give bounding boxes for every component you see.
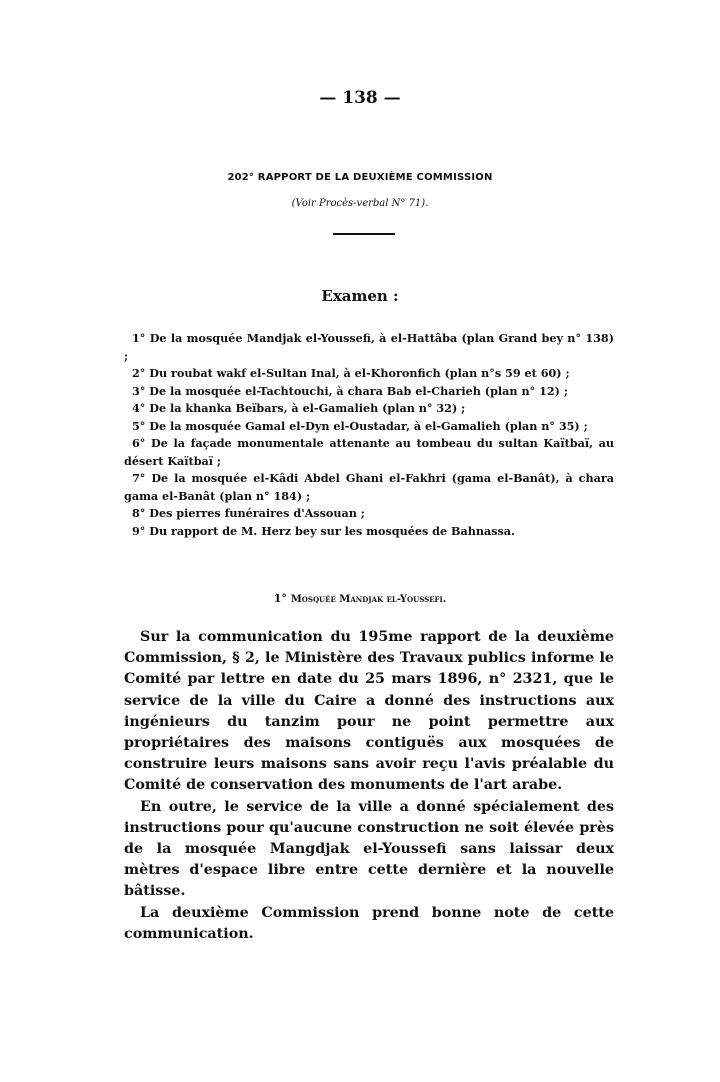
- section-number: 1°: [274, 592, 287, 605]
- report-title: 202° RAPPORT DE LA DEUXIÈME COMMISSION: [0, 172, 720, 183]
- paragraph: Sur la communication du 195me rapport de…: [124, 627, 614, 797]
- agenda-item: 3° De la mosquée el-Tachtouchi, à chara …: [124, 383, 614, 401]
- report-reference: (Voir Procès-verbal N° 71).: [0, 198, 720, 209]
- paragraph: La deuxième Commission prend bonne note …: [124, 903, 614, 945]
- body-text: Sur la communication du 195me rapport de…: [124, 627, 614, 945]
- agenda-item: 1° De la mosquée Mandjak el-Youssefi, à …: [124, 330, 614, 365]
- examen-heading: Examen :: [0, 287, 720, 305]
- agenda-item: 7° De la mosquée el-Kâdi Abdel Ghani el-…: [124, 470, 614, 505]
- agenda-item: 6° De la façade monumentale attenante au…: [124, 435, 614, 470]
- agenda-list: 1° De la mosquée Mandjak el-Youssefi, à …: [124, 330, 614, 540]
- agenda-item: 8° Des pierres funéraires d'Assouan ;: [124, 505, 614, 523]
- agenda-item: 9° Du rapport de M. Herz bey sur les mos…: [124, 523, 614, 541]
- divider-rule: [333, 233, 395, 235]
- paragraph: En outre, le service de la ville a donné…: [124, 797, 614, 903]
- agenda-item: 4° De la khanka Beïbars, à el-Gamalieh (…: [124, 400, 614, 418]
- agenda-item: 2° Du roubat wakf el-Sultan Inal, à el-K…: [124, 365, 614, 383]
- agenda-item: 5° De la mosquée Gamal el-Dyn el-Oustada…: [124, 418, 614, 436]
- page-number: — 138 —: [0, 88, 720, 108]
- section-heading: 1° Mosquée Mandjak el-Youssefi.: [0, 592, 720, 605]
- section-title: Mosquée Mandjak el-Youssefi.: [291, 594, 447, 605]
